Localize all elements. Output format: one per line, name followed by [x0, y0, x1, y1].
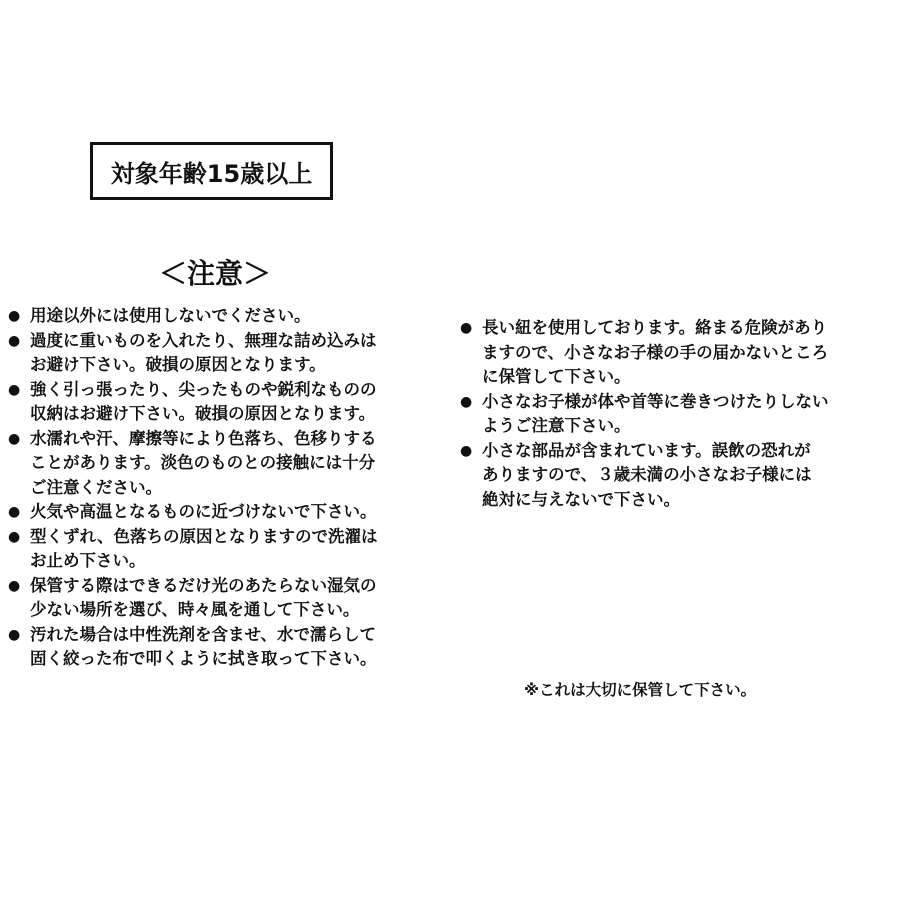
caution-item: ● 保管する際はできるだけ光のあたらない湿気の 少ない場所を選び、時々風を通して…	[8, 574, 428, 623]
caution-line: 収納はお避け下さい。破損の原因となります。	[30, 402, 428, 427]
caution-item: ● 汚れた場合は中性洗剤を含ませ、水で濡らして 固く絞った布で叩くように拭き取っ…	[8, 623, 428, 672]
caution-line: 用途以外には使用しないでください。	[30, 304, 428, 329]
caution-list-right: ● 長い紐を使用しております。絡まる危険があり ますので、小さなお子様の手の届か…	[460, 316, 880, 512]
caution-item: ● 長い紐を使用しております。絡まる危険があり ますので、小さなお子様の手の届か…	[460, 316, 880, 390]
bullet-icon: ●	[8, 427, 30, 452]
bullet-icon: ●	[8, 329, 30, 354]
bullet-icon: ●	[460, 390, 482, 415]
caution-line: に保管して下さい。	[482, 365, 880, 390]
caution-item: ● 水濡れや汗、摩擦等により色落ち、色移りする ことがあります。淡色のものとの接…	[8, 427, 428, 501]
caution-line: お止め下さい。	[30, 549, 428, 574]
caution-heading: ＜注意＞	[140, 252, 290, 292]
caution-list-left: ● 用途以外には使用しないでください。 ● 過度に重いものを入れたり、無理な詰め…	[8, 304, 428, 672]
caution-item: ● 小さなお子様が体や首等に巻きつけたりしない ようご注意下さい。	[460, 390, 880, 439]
caution-line: ようご注意下さい。	[482, 414, 880, 439]
caution-line: 火気や高温となるものに近づけないで下さい。	[30, 500, 428, 525]
age-restriction-label: 対象年齢15歳以上	[111, 154, 312, 189]
bullet-icon: ●	[8, 525, 30, 550]
bullet-icon: ●	[460, 316, 482, 341]
caution-line: 過度に重いものを入れたり、無理な詰め込みは	[30, 329, 428, 354]
caution-line: 絶対に与えないで下さい。	[482, 488, 880, 513]
caution-item: ● 火気や高温となるものに近づけないで下さい。	[8, 500, 428, 525]
caution-line: 型くずれ、色落ちの原因となりますので洗濯は	[30, 525, 428, 550]
age-restriction-box: 対象年齢15歳以上	[90, 142, 333, 200]
caution-item: ● 小さな部品が含まれています。誤飲の恐れが ありますので、３歳未満の小さなお子…	[460, 439, 880, 513]
caution-line: ありますので、３歳未満の小さなお子様には	[482, 463, 880, 488]
caution-item: ● 強く引っ張ったり、尖ったものや鋭利なものの 収納はお避け下さい。破損の原因と…	[8, 378, 428, 427]
caution-line: 強く引っ張ったり、尖ったものや鋭利なものの	[30, 378, 428, 403]
caution-item: ● 型くずれ、色落ちの原因となりますので洗濯は お止め下さい。	[8, 525, 428, 574]
caution-line: 水濡れや汗、摩擦等により色落ち、色移りする	[30, 427, 428, 452]
caution-item: ● 用途以外には使用しないでください。	[8, 304, 428, 329]
bullet-icon: ●	[8, 304, 30, 329]
caution-line: 保管する際はできるだけ光のあたらない湿気の	[30, 574, 428, 599]
caution-line: 固く絞った布で叩くように拭き取って下さい。	[30, 647, 428, 672]
caution-line: ご注意ください。	[30, 476, 428, 501]
caution-line: お避け下さい。破損の原因となります。	[30, 353, 428, 378]
caution-line: 小さな部品が含まれています。誤飲の恐れが	[482, 439, 880, 464]
bullet-icon: ●	[8, 574, 30, 599]
caution-line: 少ない場所を選び、時々風を通して下さい。	[30, 598, 428, 623]
caution-item: ● 過度に重いものを入れたり、無理な詰め込みは お避け下さい。破損の原因となりま…	[8, 329, 428, 378]
caution-line: 汚れた場合は中性洗剤を含ませ、水で濡らして	[30, 623, 428, 648]
caution-line: 長い紐を使用しております。絡まる危険があり	[482, 316, 880, 341]
bullet-icon: ●	[8, 623, 30, 648]
bullet-icon: ●	[8, 500, 30, 525]
caution-line: ますので、小さなお子様の手の届かないところ	[482, 341, 880, 366]
bullet-icon: ●	[8, 378, 30, 403]
bullet-icon: ●	[460, 439, 482, 464]
caution-line: ことがあります。淡色のものとの接触には十分	[30, 451, 428, 476]
caution-line: 小さなお子様が体や首等に巻きつけたりしない	[482, 390, 880, 415]
storage-note: ※これは大切に保管して下さい。	[524, 678, 756, 700]
